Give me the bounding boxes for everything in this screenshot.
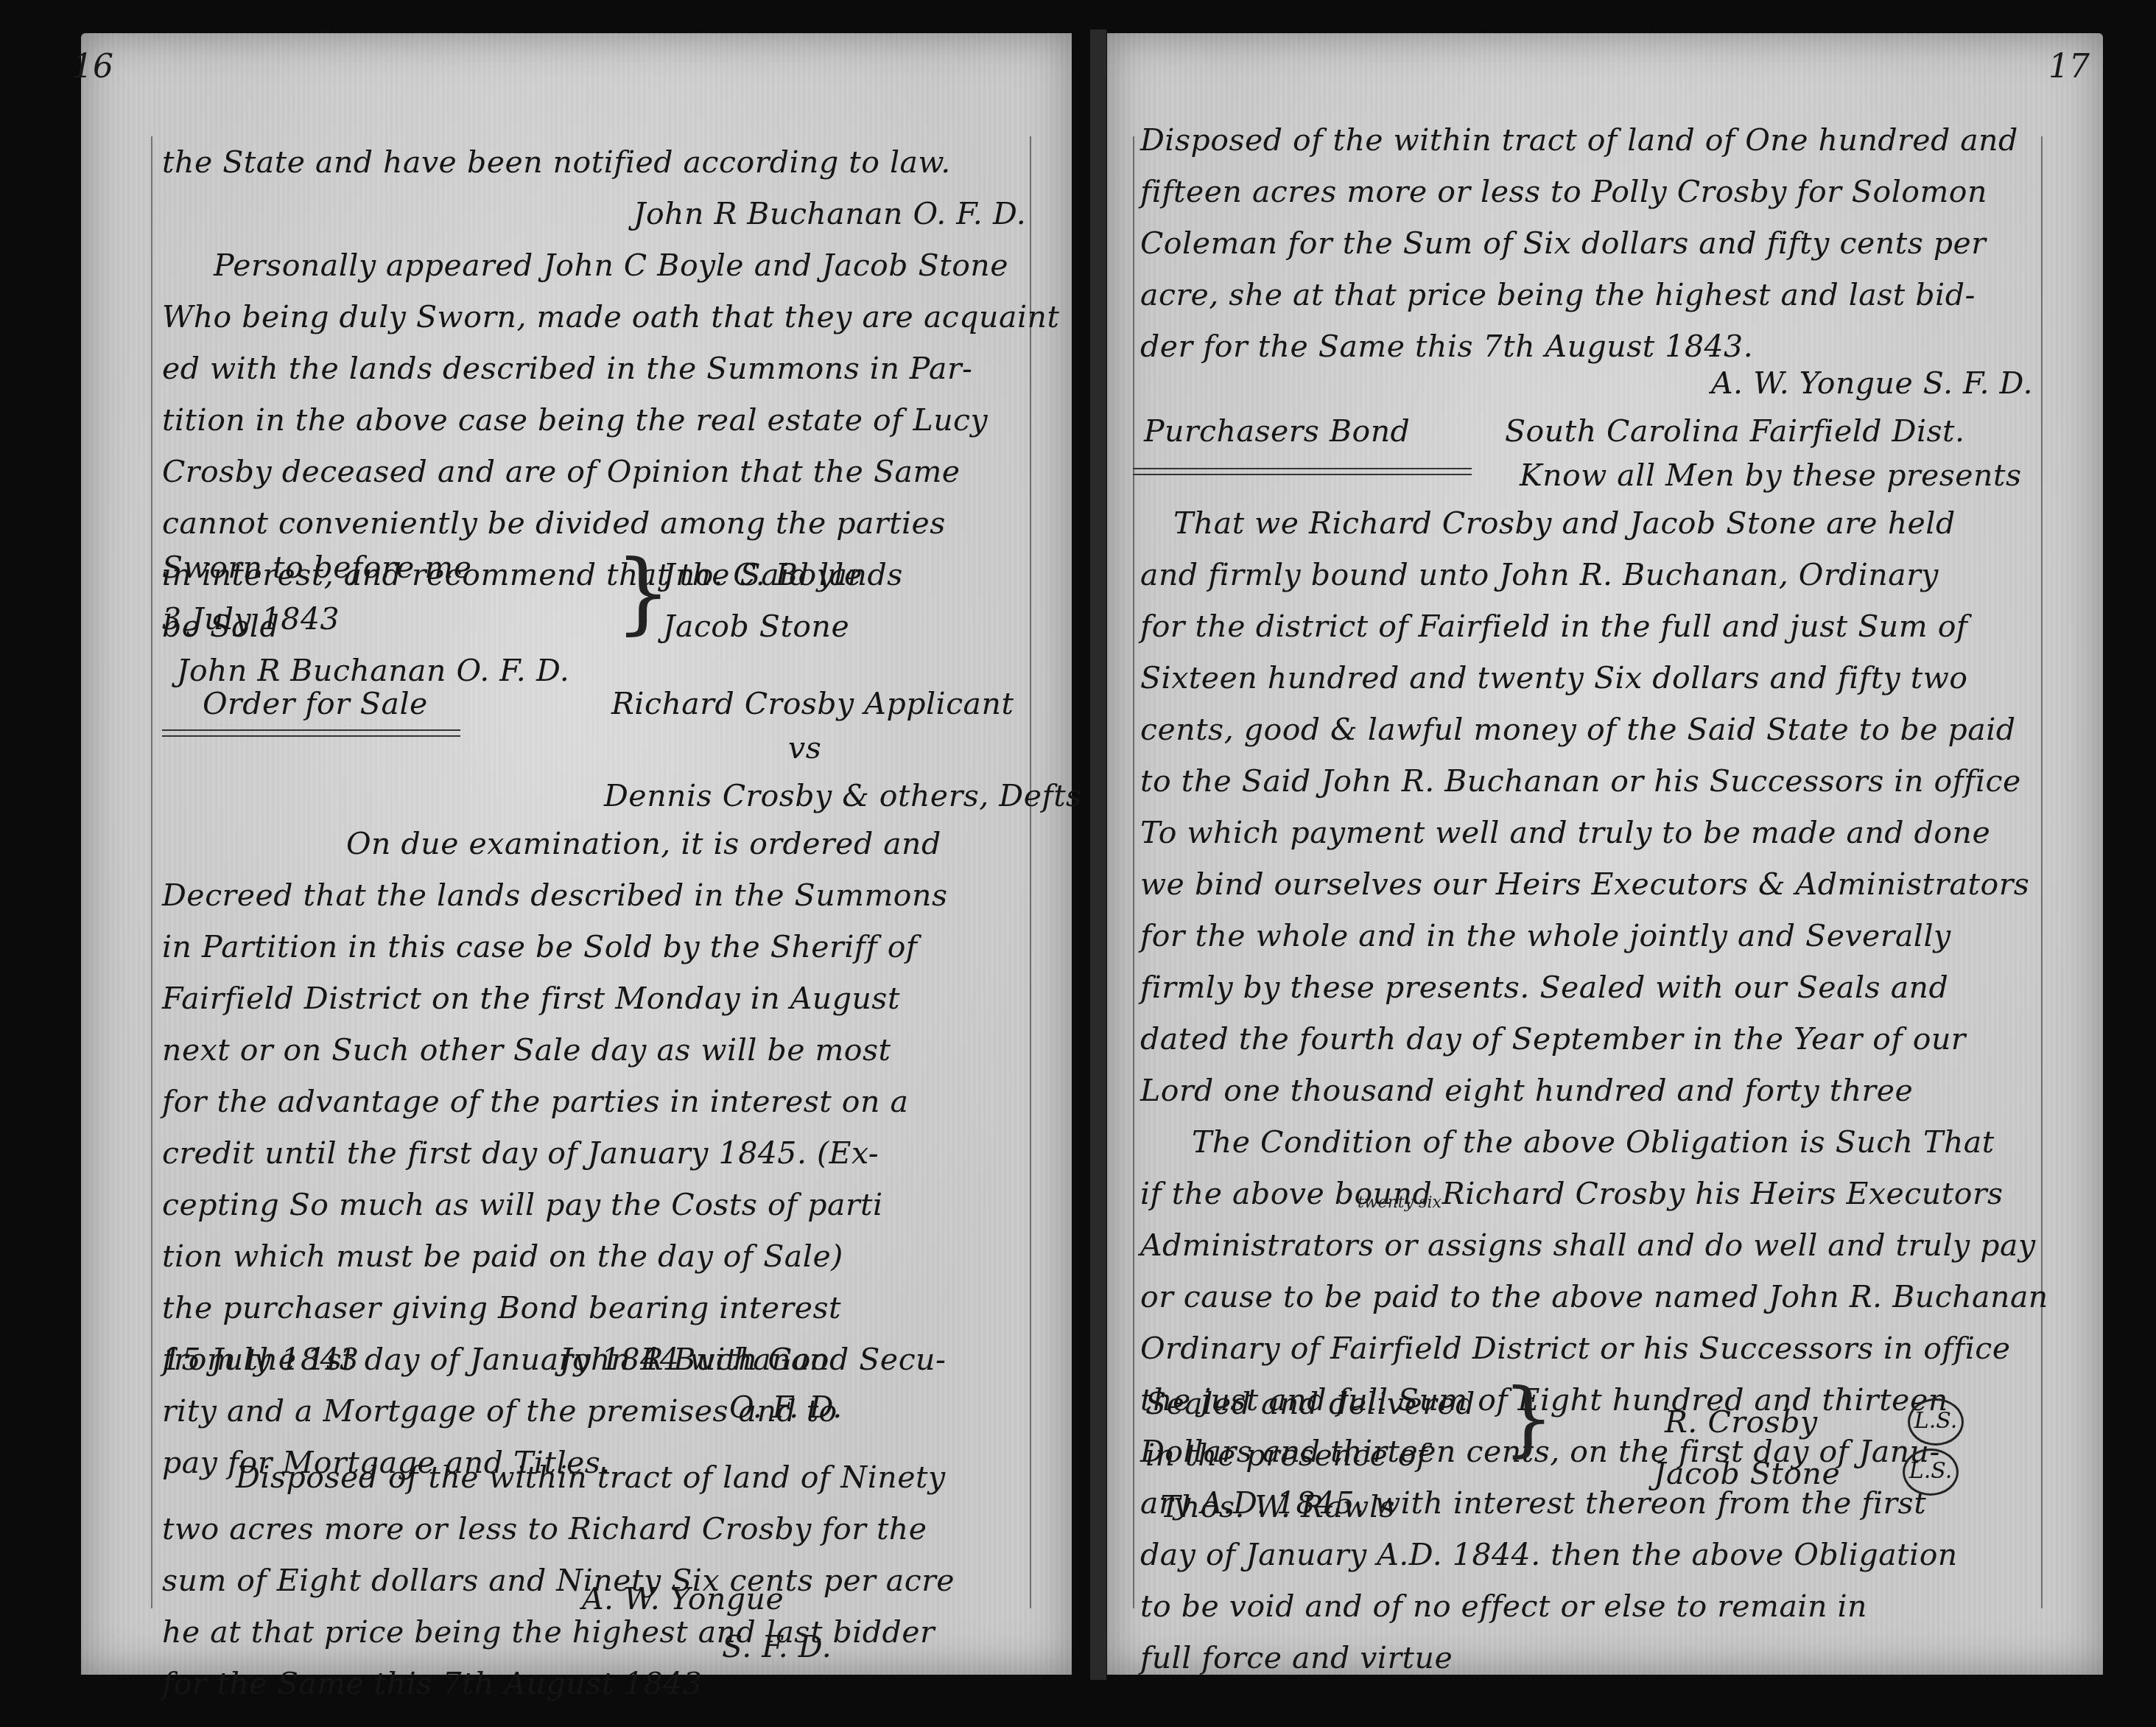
text-line: credit until the first day of January 18… — [162, 1127, 1072, 1179]
text-line: Sixteen hundred and twenty Six dollars a… — [1140, 652, 2103, 704]
text-line: day of January A.D. 1844. then the above… — [1140, 1529, 2103, 1580]
witness-line: in the presence of — [1145, 1429, 1514, 1481]
margin-rule-left — [151, 136, 152, 1608]
text-line: for the district of Fairfield in the ful… — [1140, 600, 2103, 652]
seal-ls: L.S. — [1908, 1398, 1964, 1446]
page-number: 16 — [72, 48, 113, 85]
margin-rule-left — [1133, 136, 1134, 1608]
seal-ls: L.S. — [1903, 1448, 1959, 1496]
text-line: the purchaser giving Bond bearing intere… — [162, 1282, 1072, 1334]
text-line: ed with the lands described in the Summo… — [162, 343, 1072, 394]
signature-clerk: John R Buchanan O. F. D. — [162, 188, 1072, 239]
witness-attestation: Sealed and delivered in the presence of … — [1145, 1378, 1514, 1532]
text-line: dated the fourth day of September in the… — [1140, 1013, 2103, 1065]
text-line: The Condition of the above Obligation is… — [1140, 1116, 2103, 1168]
text-line: to be void and of no effect or else to r… — [1140, 1580, 2103, 1632]
page-number: 17 — [2048, 48, 2090, 85]
text-line: full force and virtue — [1140, 1632, 2103, 1684]
order-signature: John R Buchanan — [560, 1334, 1072, 1385]
text-line: Administrators or assigns shall and do w… — [1140, 1219, 2103, 1271]
witness-line: Sealed and delivered — [1145, 1378, 1514, 1429]
signature-crosby: R. Crosby — [1654, 1396, 1875, 1448]
heading-underline — [1133, 468, 1472, 475]
text-line: or cause to be paid to the above named J… — [1140, 1271, 2103, 1323]
disposal-signature-title: S. F. D. — [722, 1621, 1072, 1672]
brace: } — [1503, 1378, 1554, 1459]
disposal-signature: A. W. Yongue — [582, 1573, 1072, 1625]
text-line: Coleman for the Sum of Six dollars and f… — [1140, 217, 2103, 269]
obligor-signatures: R. Crosby Jacob Stone — [1654, 1396, 1875, 1499]
text-line: tion which must be paid on the day of Sa… — [162, 1230, 1072, 1282]
text-line: acre, she at that price being the highes… — [1140, 269, 2103, 320]
text-line: Disposed of the within tract of land of … — [1140, 114, 2103, 166]
text-line: To which payment well and truly to be ma… — [1140, 807, 2103, 858]
signature-stone: Jacob Stone — [663, 600, 1072, 652]
bond-opening: Know all Men by these presents — [1520, 449, 2103, 501]
text-line: firmly by these presents. Sealed with ou… — [1140, 961, 2103, 1013]
text-line: tition in the above case being the real … — [162, 394, 1072, 446]
text-line: we bind ourselves our Heirs Executors & … — [1140, 858, 2103, 910]
order-signature-title: O. F. D. — [729, 1381, 1072, 1433]
text-line: if the above bound Richard Crosby his He… — [1140, 1168, 2103, 1219]
witness-signature: Thos. W. Rawls — [1145, 1481, 1514, 1532]
text-line: the State and have been notified accordi… — [162, 136, 1072, 188]
text-line: fifteen acres more or less to Polly Cros… — [1140, 166, 2103, 217]
text-line: cents, good & lawful money of the Said S… — [1140, 704, 2103, 755]
text-line: That we Richard Crosby and Jacob Stone a… — [1140, 497, 2103, 549]
text-line: Disposed of the within tract of land of … — [162, 1451, 1072, 1503]
text-line: On due examination, it is ordered and — [162, 818, 1072, 869]
text-line: for the whole and in the whole jointly a… — [1140, 910, 2103, 961]
text-line: Decreed that the lands described in the … — [162, 869, 1072, 921]
case-versus: vs — [788, 722, 1072, 774]
text-line: Personally appeared John C Boyle and Jac… — [162, 239, 1072, 291]
text-line: to the Said John R. Buchanan or his Succ… — [1140, 755, 2103, 807]
heading-underline — [162, 729, 460, 737]
text-line: cepting So much as will pay the Costs of… — [162, 1179, 1072, 1230]
interlineation: twenty six — [1358, 1194, 1442, 1212]
left-page: 16 the State and have been notified acco… — [81, 33, 1072, 1675]
signature-stone: Jacob Stone — [1654, 1448, 1875, 1499]
disposal-body: Disposed of the within tract of land of … — [1140, 114, 2103, 372]
text-line: for the advantage of the parties in inte… — [162, 1076, 1072, 1127]
text-line: next or on Such other Sale day as will b… — [162, 1024, 1072, 1076]
signature-boyle: Jno. C. Boyle — [663, 549, 1072, 600]
text-line: Who being duly Sworn, made oath that the… — [162, 291, 1072, 343]
case-defendants: Dennis Crosby & others, Defts — [604, 770, 1072, 822]
text-line: Crosby deceased and are of Opinion that … — [162, 446, 1072, 497]
book-spine — [1090, 29, 1106, 1680]
text-line: two acres more or less to Richard Crosby… — [162, 1503, 1072, 1555]
text-line: in Partition in this case be Sold by the… — [162, 921, 1072, 973]
disposal-signature: A. W. Yongue S. F. D. — [1711, 357, 2103, 409]
bond-body: That we Richard Crosby and Jacob Stone a… — [1140, 497, 2103, 1116]
text-line: Fairfield District on the first Monday i… — [162, 973, 1072, 1024]
text-line: and firmly bound unto John R. Buchanan, … — [1140, 549, 2103, 600]
affiant-signatures: Jno. C. Boyle Jacob Stone — [663, 549, 1072, 652]
text-line: Ordinary of Fairfield District or his Su… — [1140, 1323, 2103, 1374]
text-line: Lord one thousand eight hundred and fort… — [1140, 1065, 2103, 1116]
